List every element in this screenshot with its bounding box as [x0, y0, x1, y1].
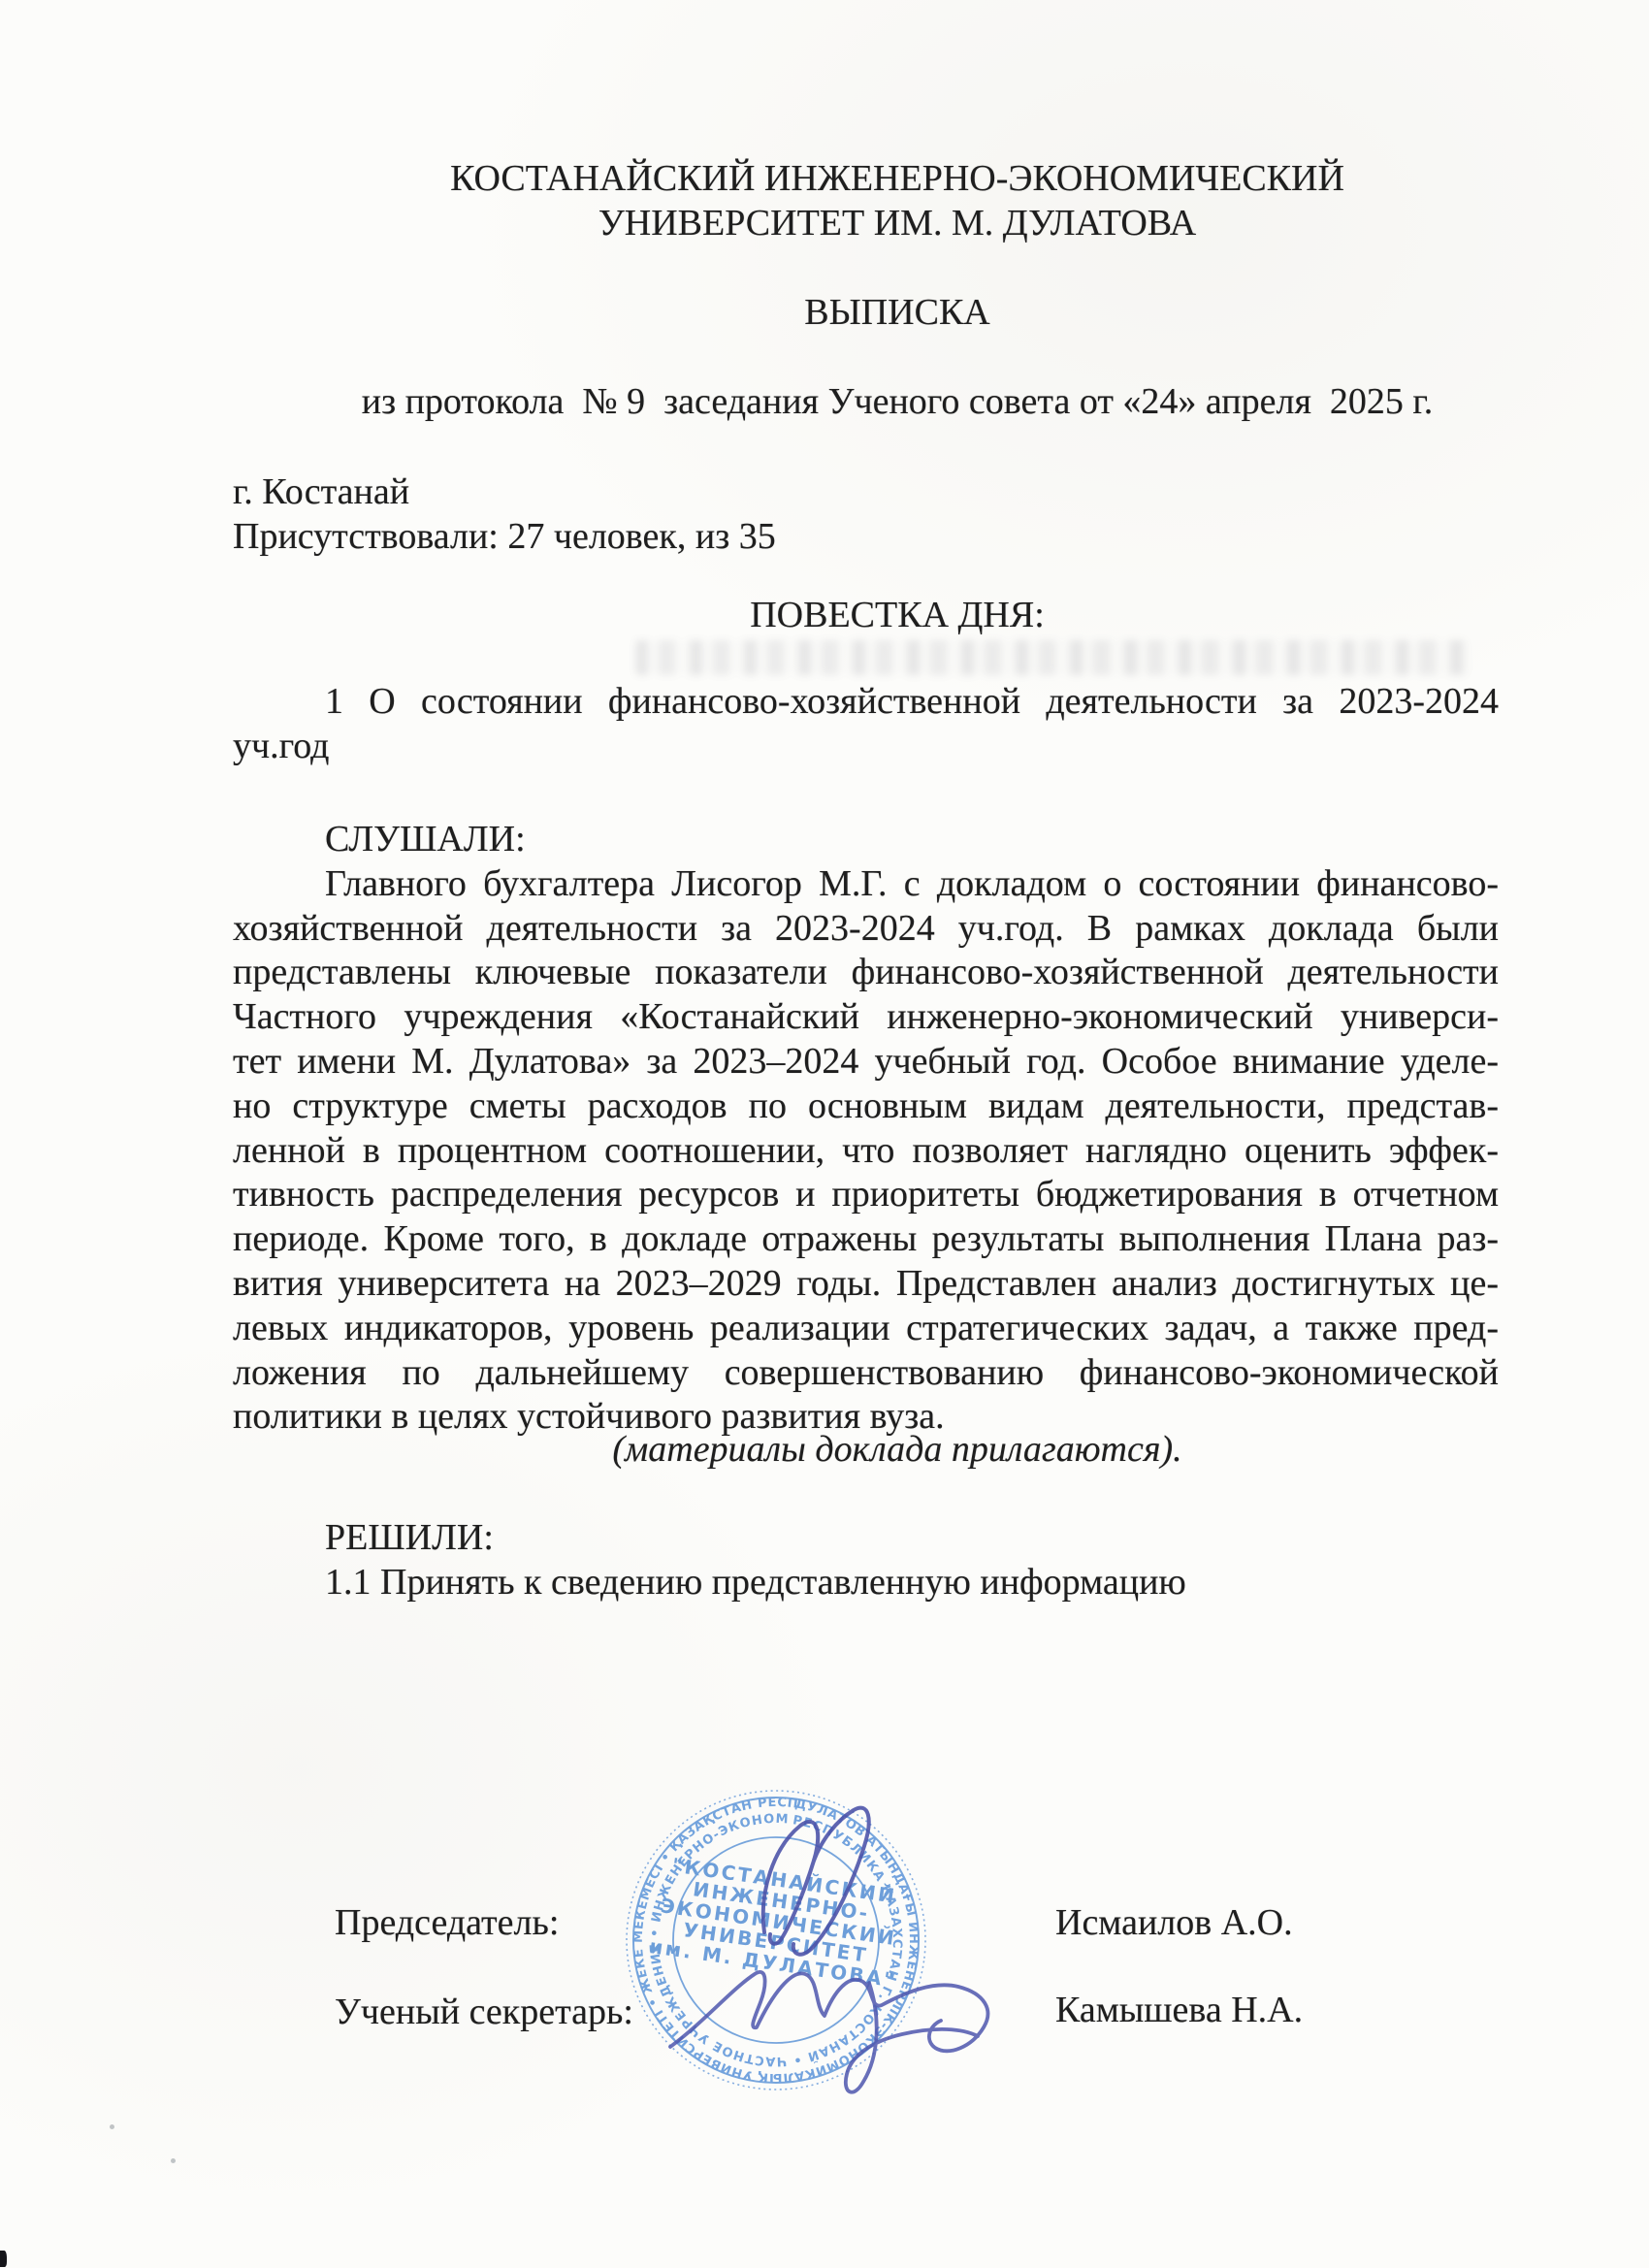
paragraph-line: Частного учреждения «Костанайский инжене… — [233, 995, 1499, 1040]
chairman-name: Исмаилов А.О. — [1055, 1901, 1293, 1946]
scan-dot — [171, 2158, 176, 2163]
university-stamp-and-signatures: ДУЛАТОВ АТЫНДАҒЫ ИНЖЕНЕРЛІК-ЭКОНОМИКАЛЫҚ… — [504, 1766, 1028, 2183]
paragraph-line: ложения по дальнейшему совершенствованию… — [233, 1351, 1499, 1396]
paragraph-line: Главного бухгалтера Лисогор М.Г. с докла… — [233, 862, 1499, 907]
paragraph-line: 1 О состоянии финансово-хозяйственной де… — [233, 680, 1499, 725]
resolved-section: РЕШИЛИ: 1.1 Принять к сведению представл… — [233, 1516, 1499, 1605]
city-line: г. Костанай — [233, 470, 409, 515]
paragraph-line: ленной в процентном соотношении, что поз… — [233, 1129, 1499, 1174]
university-stamp: ДУЛАТОВ АТЫНДАҒЫ ИНЖЕНЕРЛІК-ЭКОНОМИКАЛЫҚ… — [504, 1766, 950, 2109]
protocol-subtitle: из протокола № 9 заседания Ученого совет… — [233, 380, 1562, 425]
paragraph-line: вития университета на 2023–2029 годы. Пр… — [233, 1262, 1499, 1307]
document-page: КОСТАНАЙСКИЙ ИНЖЕНЕРНО-ЭКОНОМИЧЕСКИЙ УНИ… — [0, 0, 1649, 2268]
scan-speck-bottom-left — [0, 2251, 7, 2267]
paragraph-line: тивность распределения ресурсов и приори… — [233, 1173, 1499, 1217]
paragraph-line: тет имени М. Дулатова» за 2023–2024 учеб… — [233, 1040, 1499, 1085]
paragraph-line: хозяйственной деятельности за 2023-2024 … — [233, 907, 1499, 952]
attendance-line: Присутствовали: 27 человек, из 35 — [233, 515, 776, 560]
secretary-name: Камышева Н.А. — [1055, 1989, 1303, 2033]
heard-section: СЛУШАЛИ: Главного бухгалтера Лисогор М.Г… — [233, 818, 1499, 1440]
doc-type-heading: ВЫПИСКА — [233, 291, 1562, 336]
paragraph-line: уч.год — [233, 725, 1499, 769]
resolved-heading: РЕШИЛИ: — [233, 1516, 1499, 1561]
university-title: КОСТАНАЙСКИЙ ИНЖЕНЕРНО-ЭКОНОМИЧЕСКИЙ УНИ… — [233, 157, 1562, 246]
resolved-item: 1.1 Принять к сведению представленную ин… — [233, 1561, 1499, 1605]
agenda-heading: ПОВЕСТКА ДНЯ: — [233, 594, 1562, 638]
bleed-through-artifact — [635, 640, 1470, 675]
agenda-item: 1 О состоянии финансово-хозяйственной де… — [233, 680, 1499, 769]
paragraph-line: представлены ключевые показатели финансо… — [233, 951, 1499, 995]
paragraph-line: левых индикаторов, уровень реализации ст… — [233, 1307, 1499, 1351]
paragraph-line: но структуре сметы расходов по основным … — [233, 1085, 1499, 1129]
scan-dot — [110, 2124, 114, 2129]
heard-heading: СЛУШАЛИ: — [233, 818, 1499, 862]
title-line-2: УНИВЕРСИТЕТ ИМ. М. ДУЛАТОВА — [233, 202, 1562, 246]
attachment-note: (материалы доклада прилагаются). — [233, 1428, 1562, 1473]
paragraph-line: периоде. Кроме того, в докладе отражены … — [233, 1217, 1499, 1262]
title-line-1: КОСТАНАЙСКИЙ ИНЖЕНЕРНО-ЭКОНОМИЧЕСКИЙ — [233, 157, 1562, 202]
